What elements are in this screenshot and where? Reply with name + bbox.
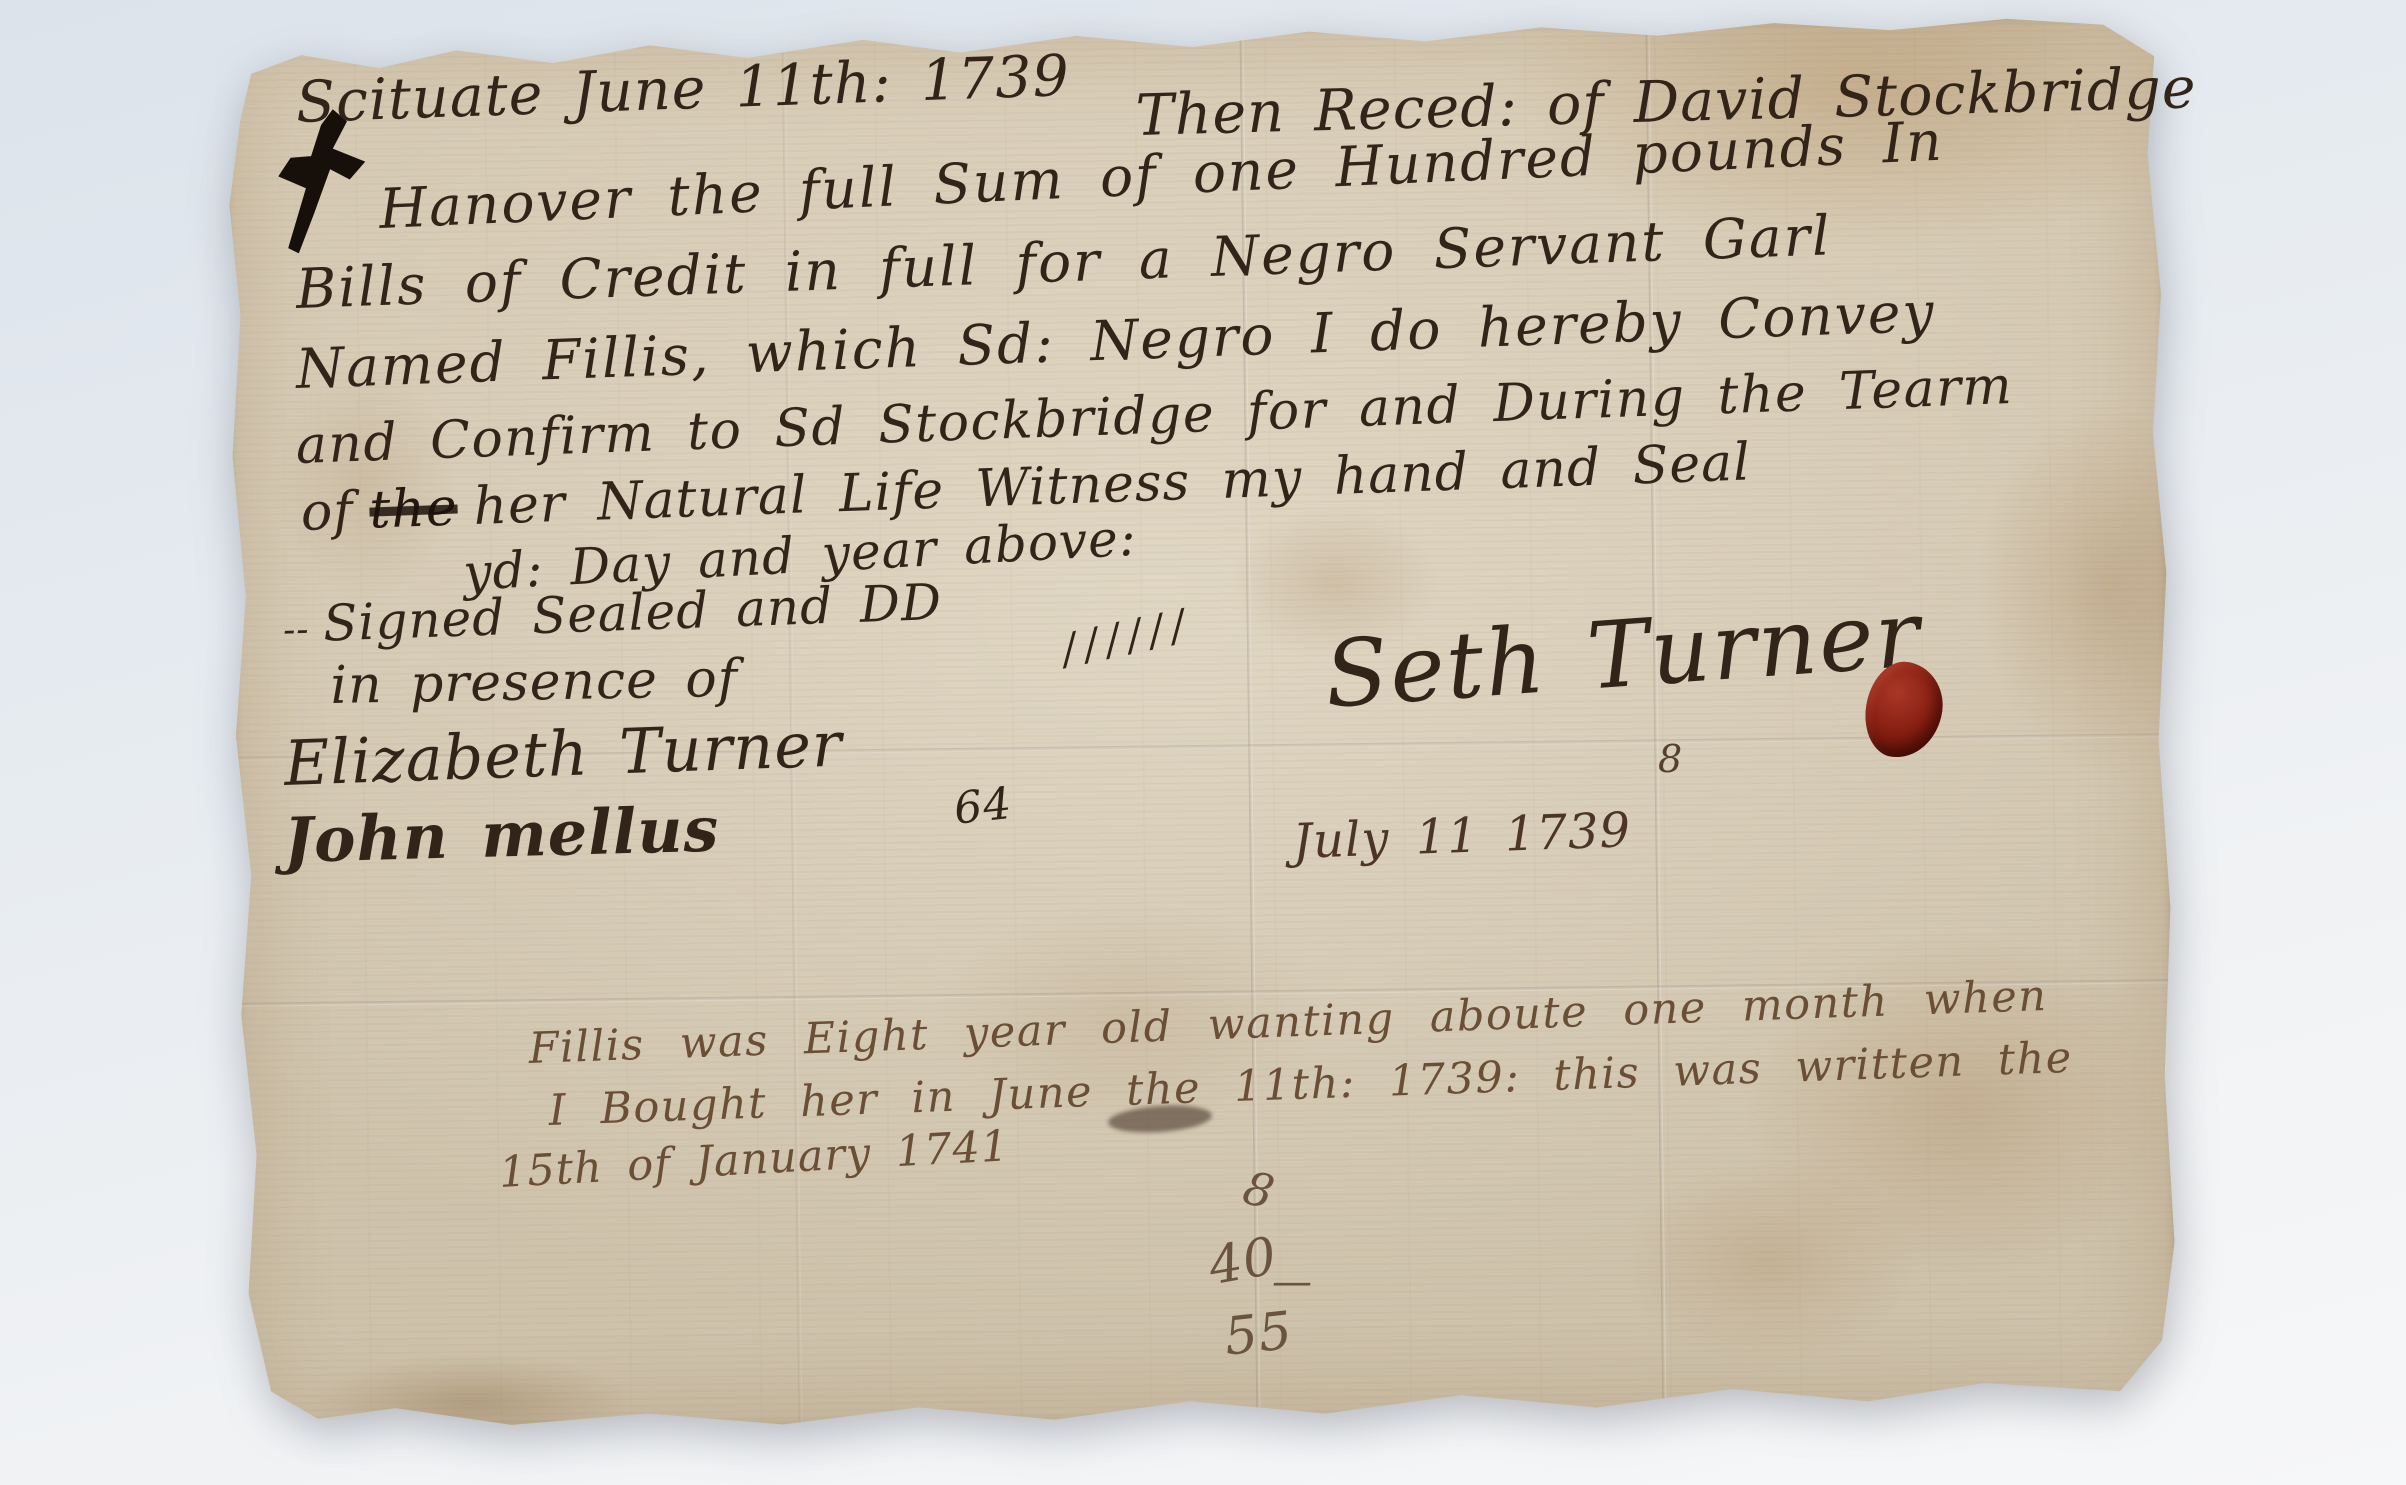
column-number-55: 55 [1222,1305,1295,1364]
struck-out-word: the [368,478,458,541]
witness-elizabeth-turner: Elizabeth Turner [283,714,843,795]
photo-of-manuscript: Scituate June 11th: 1739 Then Reced: of … [0,0,2406,1485]
number-64-annotation: 64 [952,782,1014,832]
leading-dashes: -- [282,609,310,651]
docket-date: July 11 1739 [1292,806,1632,866]
column-number-40: 40 [1205,1230,1281,1293]
witness-john-mellus: John mellus [283,799,720,872]
column-dash: — [1272,1262,1313,1302]
term-prefix: of [300,481,355,543]
in-presence-of-line: in presence of [330,653,738,712]
number-8-annotation: 8 [1658,740,1683,778]
